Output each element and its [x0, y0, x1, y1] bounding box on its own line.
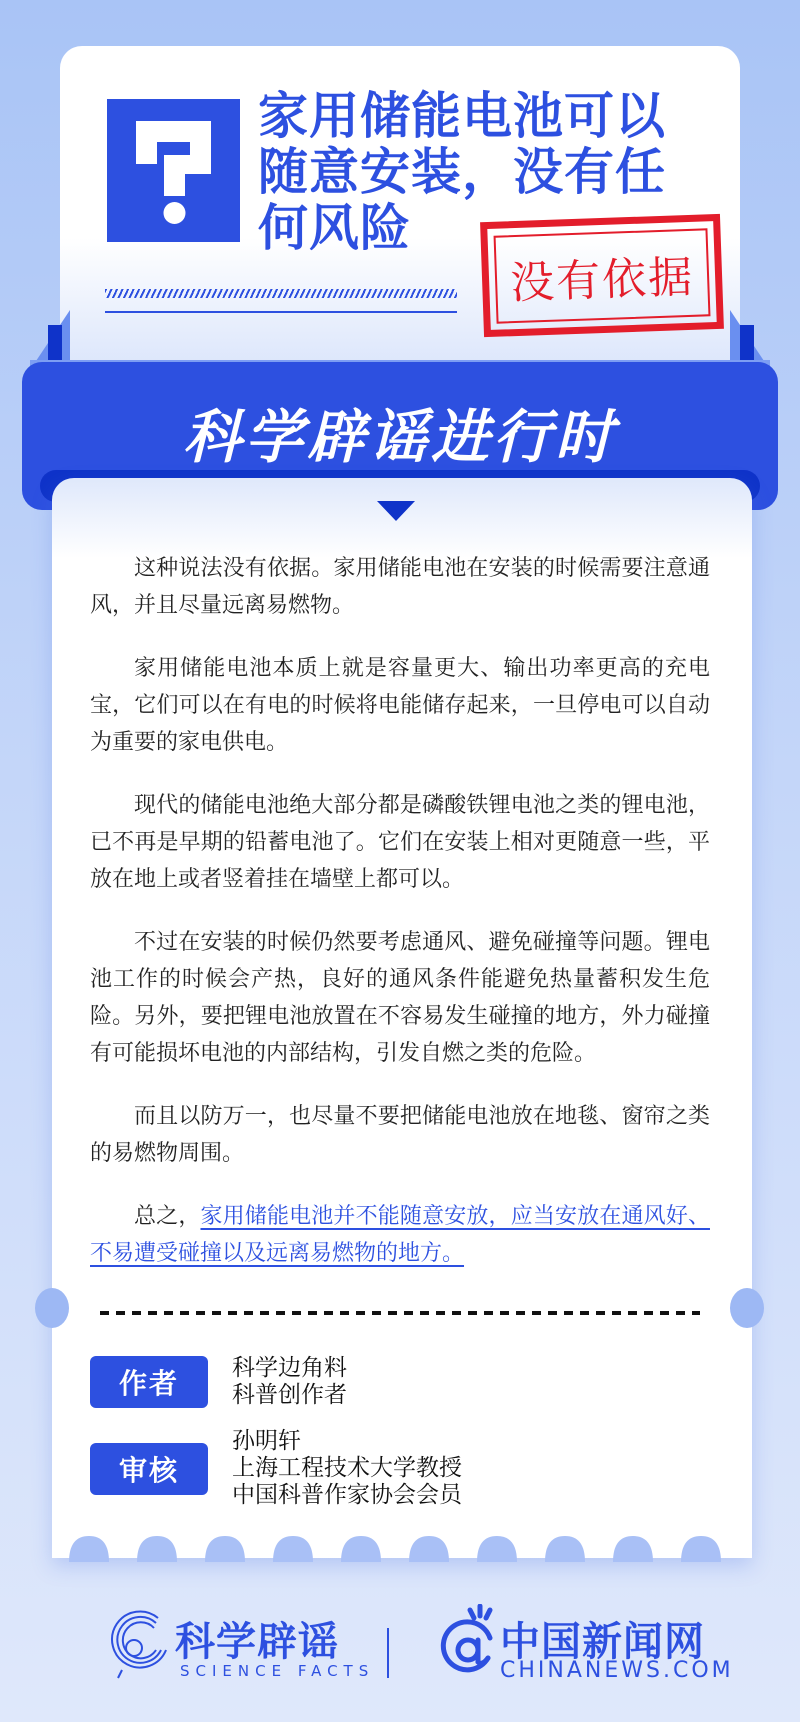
author-title: 科普创作者 [232, 1382, 347, 1409]
ticket-notch-left [35, 1288, 69, 1328]
paragraph: 这种说法没有依据。家用储能电池在安装的时候需要注意通风，并且尽量远离易燃物。 [90, 550, 710, 624]
conclusion-paragraph: 总之，家用储能电池并不能随意安放，应当安放在通风好、不易遭受碰撞以及远离易燃物的… [90, 1198, 710, 1272]
author-name: 科学边角料 [232, 1355, 347, 1382]
paragraph: 家用储能电池本质上就是容量更大、输出功率更高的充电宝，它们可以在有电的时候将电能… [90, 650, 710, 761]
paragraph: 现代的储能电池绝大部分都是磷酸铁锂电池之类的锂电池，已不再是早期的铅蓄电池了。它… [90, 787, 710, 898]
verdict-stamp: 没有依据 [480, 214, 724, 337]
reviewer-info: 孙明轩 上海工程技术大学教授 中国科普作家协会会员 [232, 1428, 462, 1509]
ticket-notch-right [730, 1288, 764, 1328]
reviewer-affiliation: 上海工程技术大学教授 [232, 1455, 462, 1482]
reviewer-badge: 审核 [90, 1443, 208, 1495]
author-badge: 作者 [90, 1356, 208, 1408]
hatch-divider [105, 289, 457, 298]
chinanews-domain: CHINANEWS.COM [500, 1658, 734, 1683]
question-mark-icon [107, 99, 240, 242]
science-facts-english: SCIENCE FACTS [180, 1662, 374, 1680]
author-credit: 作者 科学边角料 科普创作者 [90, 1355, 347, 1409]
paragraph: 不过在安装的时候仍然要考虑通风、避免碰撞等问题。锂电池工作的时候会产热，良好的通… [90, 924, 710, 1072]
article-body: 这种说法没有依据。家用储能电池在安装的时候需要注意通风，并且尽量远离易燃物。 家… [90, 550, 710, 1298]
footer-logos: 科学辟谣 SCIENCE FACTS 中国新闻网 CHINANEWS.COM [0, 1590, 800, 1700]
author-info: 科学边角料 科普创作者 [232, 1355, 347, 1409]
scalloped-edge [52, 1536, 752, 1562]
banner-title: 科学辟谣进行时 [22, 390, 778, 474]
reviewer-credit: 审核 孙明轩 上海工程技术大学教授 中国科普作家协会会员 [90, 1428, 462, 1509]
triangle-down-icon [377, 501, 415, 521]
verdict-stamp-label: 没有依据 [494, 228, 711, 323]
dashed-divider [100, 1311, 700, 1315]
reviewer-name: 孙明轩 [232, 1428, 462, 1455]
paragraph: 而且以防万一，也尽量不要把储能电池放在地毯、窗帘之类的易燃物周围。 [90, 1098, 710, 1172]
science-facts-name: 科学辟谣 [175, 1610, 339, 1667]
chinanews-at-icon [436, 1604, 500, 1684]
science-facts-logo-icon [108, 1610, 172, 1680]
conclusion-prefix: 总之， [134, 1204, 200, 1229]
logo-divider [387, 1628, 389, 1678]
rule-divider [105, 311, 457, 313]
reviewer-membership: 中国科普作家协会会员 [232, 1482, 462, 1509]
